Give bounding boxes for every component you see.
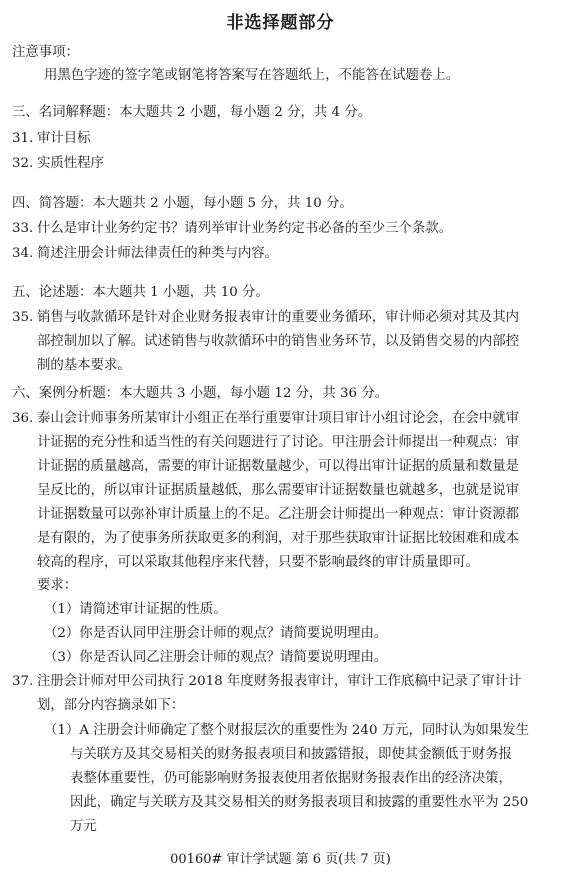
requirement-1: （1）请简述审计证据的性质。 bbox=[44, 601, 227, 619]
item-label: （1） bbox=[44, 723, 79, 738]
question-32: 32.实质性程序 bbox=[12, 155, 104, 173]
notice-text: 用黑色字迹的签字笔或钢笔将答案写在答题纸上，不能答在试题卷上。 bbox=[44, 67, 459, 85]
question-37: 37.注册会计师对甲公司执行 2018 年度财务报表审计，审计工作底稿中记录了审… bbox=[12, 673, 521, 691]
question-37-line-2: 划，部分内容摘录如下： bbox=[37, 697, 184, 715]
question-36-line-4: 呈反比的，所以审计证据质量越低，那么需要审计证据数量也就越多，也就是说审 bbox=[37, 482, 519, 500]
question-34: 34.简述注册会计师法律责任的种类与内容。 bbox=[12, 245, 278, 263]
question-text-line: 注册会计师对甲公司执行 2018 年度财务报表审计，审计工作底稿中记录了审计计 bbox=[37, 674, 521, 689]
question-33: 33.什么是审计业务约定书？请列举审计业务约定书必备的至少三个条款。 bbox=[12, 220, 452, 238]
question-36-line-3: 计证据的质量越高，需要的审计证据数量越少，可以得出审计证据的质量和数量是 bbox=[37, 458, 519, 476]
question-number: 35. bbox=[12, 309, 37, 327]
question-37-item-1-line-5: 万元 bbox=[70, 818, 97, 836]
question-number: 34. bbox=[12, 245, 37, 263]
question-number: 33. bbox=[12, 220, 37, 238]
question-37-item-1-line-2: 与关联方及其交易相关的财务报表项目和披露错报，即使其金额低于财务报 bbox=[70, 746, 512, 764]
question-36-line-6: 是有限的，为了使事务所获取更多的利润，对于那些获取审计证据比较困难和成本 bbox=[37, 530, 519, 548]
question-36: 36.泰山会计师事务所某审计小组正在举行重要审计项目审计小组讨论会，在会中就审 bbox=[12, 410, 519, 428]
question-31: 31.审计目标 bbox=[12, 130, 91, 148]
question-text: 什么是审计业务约定书？请列举审计业务约定书必备的至少三个条款。 bbox=[37, 221, 452, 236]
section-3-heading: 三、名词解释题：本大题共 2 小题，每小题 2 分，共 4 分。 bbox=[12, 104, 371, 122]
question-35-line-3: 制的基本要求。 bbox=[37, 357, 131, 375]
section-4-heading: 四、简答题：本大题共 2 小题，每小题 5 分，共 10 分。 bbox=[12, 195, 353, 213]
question-text: 审计目标 bbox=[37, 131, 91, 146]
question-37-item-1: （1）A 注册会计师确定了整个财报层次的重要性为 240 万元，同时认为如果发生 bbox=[44, 722, 529, 740]
question-37-item-1-line-4: 因此，确定与关联方及其交易相关的财务报表项目和披露的重要性水平为 250 bbox=[70, 794, 528, 812]
requirement-3: （3）你是否认同乙注册会计师的观点？请简要说明理由。 bbox=[44, 649, 387, 667]
question-35-line-2: 部控制加以了解。试述销售与收款循环中的销售业务环节，以及销售交易的内部控 bbox=[37, 333, 519, 351]
question-text-line: 销售与收款循环是针对企业财务报表审计的重要业务循环，审计师必须对其及其内 bbox=[37, 310, 519, 325]
question-text-line: 泰山会计师事务所某审计小组正在举行重要审计项目审计小组讨论会，在会中就审 bbox=[37, 411, 519, 426]
question-36-line-7: 较高的程序，可以采取其他程序来代替，只要不影响最终的审计质量即可。 bbox=[37, 554, 479, 572]
question-number: 31. bbox=[12, 130, 37, 148]
question-text: 实质性程序 bbox=[37, 156, 104, 171]
section-5-heading: 五、论述题：本大题共 1 小题，共 10 分。 bbox=[12, 284, 269, 302]
question-number: 36. bbox=[12, 410, 37, 428]
question-37-item-1-line-3: 表整体重要性，仍可能影响财务报表使用者依据财务报表作出的经济决策， bbox=[70, 770, 512, 788]
question-number: 37. bbox=[12, 673, 37, 691]
requirements-label: 要求： bbox=[37, 577, 77, 595]
question-text: 简述注册会计师法律责任的种类与内容。 bbox=[37, 246, 278, 261]
question-35: 35.销售与收款循环是针对企业财务报表审计的重要业务循环，审计师必须对其及其内 bbox=[12, 309, 519, 327]
question-36-line-2: 计证据的充分性和适当性的有关问题进行了讨论。甲注册会计师提出一种观点：审 bbox=[37, 434, 519, 452]
item-text-line: A 注册会计师确定了整个财报层次的重要性为 240 万元，同时认为如果发生 bbox=[79, 723, 529, 738]
notice-heading: 注意事项： bbox=[12, 44, 79, 62]
page-footer: 00160# 审计学试题 第 6 页(共 7 页) bbox=[0, 848, 561, 867]
section-6-heading: 六、案例分析题：本大题共 3 小题，每小题 12 分，共 36 分。 bbox=[12, 385, 388, 403]
question-36-line-5: 计证据数量可以弥补审计质量上的不足。乙注册会计师提出一种观点：审计资源都 bbox=[37, 506, 519, 524]
page-title: 非选择题部分 bbox=[0, 8, 561, 33]
requirement-2: （2）你是否认同甲注册会计师的观点？请简要说明理由。 bbox=[44, 625, 387, 643]
exam-page: 非选择题部分 注意事项： 用黑色字迹的签字笔或钢笔将答案写在答题纸上，不能答在试… bbox=[0, 0, 561, 876]
question-number: 32. bbox=[12, 155, 37, 173]
